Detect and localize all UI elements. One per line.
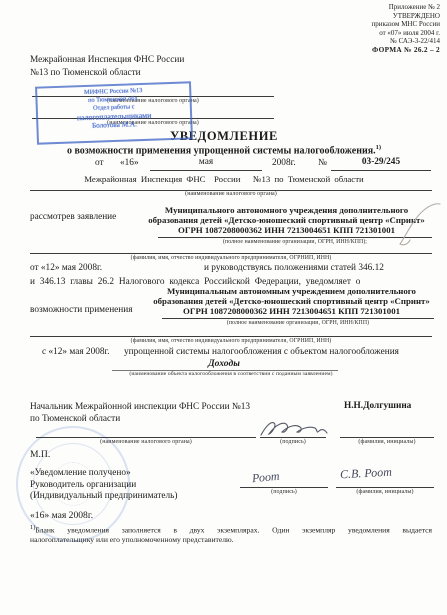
possibility-label: возможности применения <box>30 305 133 315</box>
signatory-title-line: по Тюменской области <box>30 414 120 424</box>
rectangular-ink-stamp: МИФНС России №13 по Тюменской обл. Отдел… <box>35 81 193 144</box>
approval-line: УТВЕРЖДЕНО <box>372 12 440 21</box>
footnote-ref: 1) <box>376 144 381 151</box>
guided-by-text: и руководствуясь положениями статей 346.… <box>204 263 384 273</box>
org-line: ОГРН 1087208000362 ИНН 7213004651 КПП 72… <box>138 225 435 235</box>
usn-text: упрощенной системы налогообложения с объ… <box>124 347 399 357</box>
tax-organ-name: Межрайонная Инспекция ФНС России №13 по … <box>24 174 424 184</box>
application-date: от «12» мая 2008г. <box>30 263 102 273</box>
approval-line: от «07» июля 2004 г. <box>372 29 440 38</box>
fio-caption: (фамилия, имя, отчество индивидуального … <box>30 255 432 261</box>
date-year: 2008г. <box>272 158 296 168</box>
applicant-org-block-2: Муниципальным автономным учреждением доп… <box>148 286 435 316</box>
received-label: «Уведомление получено» <box>30 468 131 478</box>
scanned-document-page: Приложение № 2 УТВЕРЖДЕНО приказом МНС Р… <box>0 0 447 615</box>
receiver-rule-name <box>336 487 434 488</box>
org-line: образования детей «Детско-юношеский спор… <box>138 215 435 225</box>
approval-line: Приложение № 2 <box>372 3 440 12</box>
signature-caption-name: (фамилия, инициалы) <box>340 439 434 445</box>
signature-rule-sign <box>260 437 326 438</box>
receiver-title: Руководитель организации <box>30 480 136 490</box>
taxation-object-value: Доходы <box>24 358 424 369</box>
document-number: 03-29/245 <box>331 157 431 172</box>
tax-organ-caption: (наименование налогового органа) <box>30 191 432 197</box>
date-month-field: мая <box>150 157 262 171</box>
footnote-line-2: налогоплательщику или его уполномоченном… <box>30 535 432 546</box>
signature-rule-org <box>36 437 256 438</box>
fio-caption: (фамилия, имя, отчество индивидуального … <box>30 338 432 344</box>
receiver-signature-handwriting: Роот <box>251 469 280 486</box>
issuer-line: №13 по Тюменской области <box>30 67 184 80</box>
pen-check-stroke <box>398 198 444 254</box>
signature-caption-sign: (подпись) <box>260 439 326 445</box>
org-caption: (полное наименование организации, ОГРН, … <box>158 239 432 245</box>
receiver-caption-sign: (подпись) <box>240 489 328 495</box>
org-caption: (полное наименование организации, ОГРН, … <box>162 320 434 326</box>
since-date: с «12» мая 2008г. <box>42 347 110 357</box>
object-caption: (наименование объекта налогообложения в … <box>30 371 432 377</box>
org-line: ОГРН 1087208000362 ИНН 7213004651 КПП 72… <box>148 306 435 316</box>
received-date: «16» мая 2008г. <box>30 510 93 521</box>
number-label: № <box>318 158 327 168</box>
org-line: Муниципального автономного учреждения до… <box>138 205 435 215</box>
issuer-line: Межрайонная Инспекция ФНС России <box>30 54 184 67</box>
receiver-rule-sign <box>240 487 328 488</box>
signature-rule-name <box>340 437 434 438</box>
approval-block: Приложение № 2 УТВЕРЖДЕНО приказом МНС Р… <box>372 3 440 54</box>
subtitle-text: о возможности применения упрощенной сист… <box>67 145 376 156</box>
date-day: «16» <box>120 158 139 168</box>
org-line: образования детей «Детско-юношеский спор… <box>148 296 435 306</box>
signature-caption-org: (наименование налогового органа) <box>36 439 256 445</box>
considered-label: рассмотрев заявление <box>30 212 116 222</box>
signatory-name: Н.Н.Долгушина <box>344 401 411 411</box>
applicant-org-block-1: Муниципального автономного учреждения до… <box>138 205 435 235</box>
receiver-caption-name: (фамилия, инициалы) <box>336 489 434 495</box>
date-from-label: от <box>95 158 104 168</box>
receiver-name-handwriting: С.В. Роот <box>340 465 393 483</box>
footnote-text: Бланк уведомления заполняется в двух экз… <box>35 526 432 535</box>
approval-line: приказом МНС России <box>372 20 440 29</box>
document-subtitle: о возможности применения упрощенной сист… <box>10 144 438 156</box>
seal-place-label: М.П. <box>30 449 50 460</box>
chief-signature <box>258 418 330 438</box>
signatory-title-line: Начальник Межрайонной инспекции ФНС Росс… <box>30 402 250 412</box>
issuer-block: Межрайонная Инспекция ФНС России №13 по … <box>30 54 184 79</box>
receiver-title-2: (Индивидуальный предприниматель) <box>30 491 178 501</box>
form-number: ФОРМА № 26.2 – 2 <box>372 46 440 55</box>
org-line: Муниципальным автономным учреждением доп… <box>148 286 435 296</box>
